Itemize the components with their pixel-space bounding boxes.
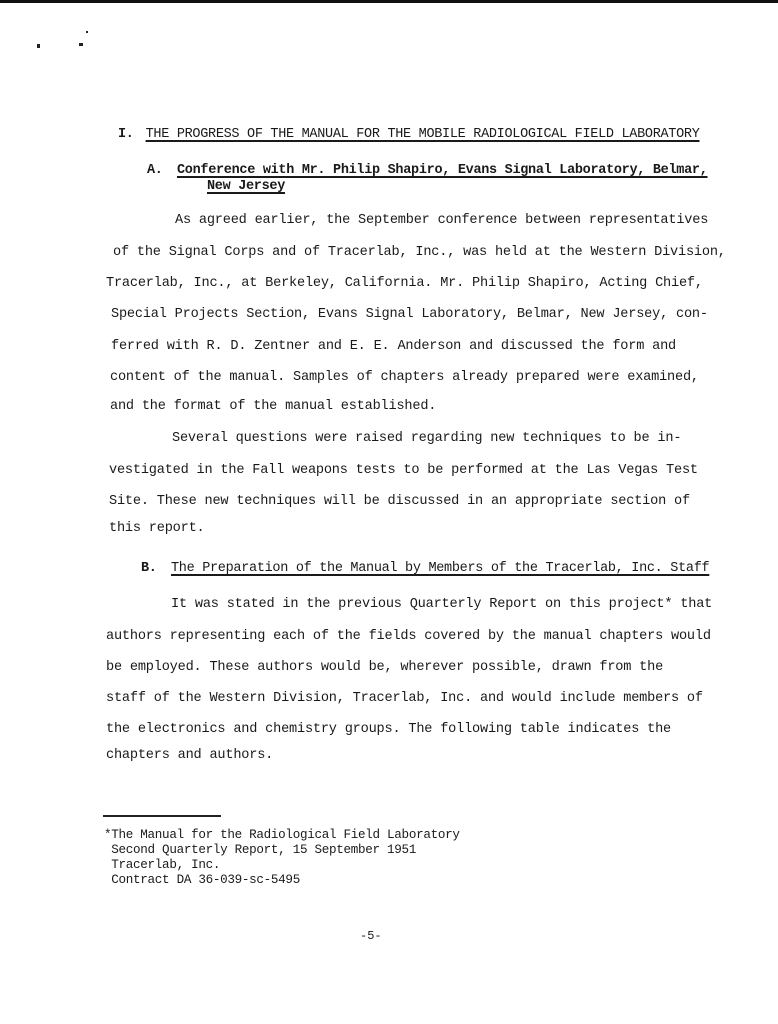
text-line: vestigated in the Fall weapons tests to …: [109, 463, 698, 478]
text-line: As agreed earlier, the September confere…: [175, 213, 708, 228]
section-i-number: I.: [118, 127, 134, 142]
text-line: chapters and authors.: [106, 748, 273, 763]
scan-speck: [79, 43, 83, 46]
text-line: this report.: [109, 521, 205, 536]
scan-top-edge: [0, 0, 778, 3]
text-line: Site. These new techniques will be discu…: [109, 494, 690, 509]
footnote-line: *The Manual for the Radiological Field L…: [104, 828, 460, 843]
scan-speck: [37, 44, 40, 48]
section-a-heading-cont: New Jersey: [207, 179, 285, 194]
section-b-heading: B.The Preparation of the Manual by Membe…: [141, 561, 709, 576]
section-a-title-line1: Conference with Mr. Philip Shapiro, Evan…: [177, 163, 708, 178]
section-a-title-line2: New Jersey: [207, 179, 285, 194]
text-line: the electronics and chemistry groups. Th…: [106, 722, 671, 737]
text-line: of the Signal Corps and of Tracerlab, In…: [113, 245, 726, 260]
footnote-line: Tracerlab, Inc.: [104, 858, 220, 873]
section-a-heading: A.Conference with Mr. Philip Shapiro, Ev…: [147, 163, 708, 178]
text-line: ferred with R. D. Zentner and E. E. Ande…: [111, 339, 676, 354]
text-line: It was stated in the previous Quarterly …: [171, 597, 712, 612]
footnote-rule: [103, 815, 221, 817]
text-line: authors representing each of the fields …: [106, 629, 711, 644]
section-b-letter: B.: [141, 561, 171, 576]
footnote-line: Second Quarterly Report, 15 September 19…: [104, 843, 416, 858]
section-i-heading: I.THE PROGRESS OF THE MANUAL FOR THE MOB…: [118, 127, 700, 142]
text-line: Special Projects Section, Evans Signal L…: [111, 307, 708, 322]
page-number: -5-: [360, 929, 382, 943]
text-line: and the format of the manual established…: [110, 399, 436, 414]
text-line: Several questions were raised regarding …: [172, 431, 681, 446]
section-b-title: The Preparation of the Manual by Members…: [171, 561, 709, 576]
scan-speck: [86, 31, 88, 33]
text-line: Tracerlab, Inc., at Berkeley, California…: [106, 276, 703, 291]
text-line: content of the manual. Samples of chapte…: [110, 370, 699, 385]
text-line: staff of the Western Division, Tracerlab…: [106, 691, 703, 706]
section-i-title: THE PROGRESS OF THE MANUAL FOR THE MOBIL…: [146, 127, 700, 142]
text-line: be employed. These authors would be, whe…: [106, 660, 663, 675]
section-a-letter: A.: [147, 163, 177, 178]
footnote-line: Contract DA 36-039-sc-5495: [104, 873, 300, 888]
